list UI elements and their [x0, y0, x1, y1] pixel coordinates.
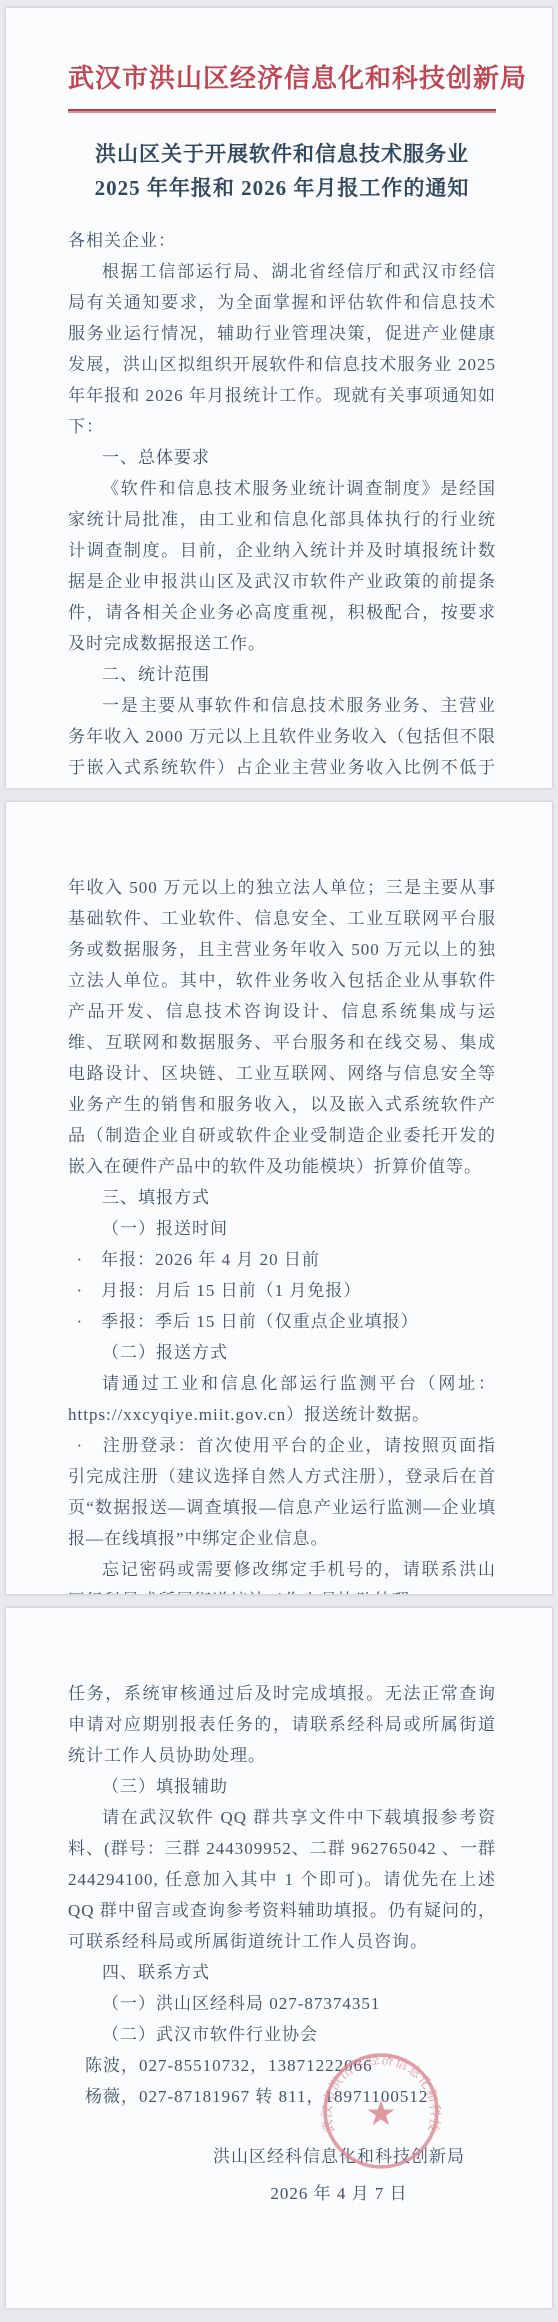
paragraph: 《软件和信息技术服务业统计调查制度》是经国家统计局批准，由工业和信息化部具体执行… [68, 473, 496, 659]
section-heading-3: 三、填报方式 [68, 1182, 496, 1213]
subsection-heading: （二）报送方式 [68, 1337, 496, 1368]
section-heading-4: 四、联系方式 [68, 1957, 496, 1988]
document-title-line1: 洪山区关于开展软件和信息技术服务业 [68, 137, 496, 171]
document-title: 洪山区关于开展软件和信息技术服务业 2025 年年报和 2026 年月报工作的通… [68, 137, 496, 205]
paragraph: 根据工信部运行局、湖北省经信厅和武汉市经信局有关通知要求，为全面掌握和评估软件和… [68, 256, 496, 442]
page-1: 武汉市洪山区经济信息化和科技创新局 洪山区关于开展软件和信息技术服务业 2025… [6, 8, 552, 788]
bullet-item-annual: · 年报：2026 年 4 月 20 日前 [68, 1244, 496, 1275]
subsection-heading: （三）填报辅助 [68, 1771, 496, 1802]
salutation: 各相关企业： [68, 225, 496, 256]
signature-block: 洪山区经科信息化和科技创新局 2026 年 4 月 7 日 [204, 2138, 474, 2212]
paragraph-continuation: 年收入 500 万元以上的独立法人单位；三是主要从事基础软件、工业软件、信息安全… [68, 872, 496, 1182]
contact-association: （二）武汉市软件行业协会 [68, 2019, 496, 2050]
page-2-body: 年收入 500 万元以上的独立法人单位；三是主要从事基础软件、工业软件、信息安全… [68, 872, 496, 1594]
page-3-body: 任务，系统审核通过后及时完成填报。无法正常查询申请对应期别报表任务的，请联系经科… [68, 1678, 496, 2112]
page-3: 任务，系统审核通过后及时完成填报。无法正常查询申请对应期别报表任务的，请联系经科… [6, 1608, 552, 2308]
contact-person-1: 陈波，027-85510732，13871222066 [68, 2050, 496, 2081]
section-heading-1: 一、总体要求 [68, 442, 496, 473]
document-viewer-canvas: 武汉市洪山区经济信息化和科技创新局 洪山区关于开展软件和信息技术服务业 2025… [0, 0, 558, 2308]
signature-date: 2026 年 4 月 7 日 [204, 2175, 474, 2212]
paragraph-platform-url: 请通过工业和信息化部运行监测平台（网址：https://xxcyqiye.mii… [68, 1368, 496, 1430]
paragraph: 一是主要从事软件和信息技术服务业务、主营业务年收入 2000 万元以上且软件业务… [68, 690, 496, 788]
page-2: 年收入 500 万元以上的独立法人单位；三是主要从事基础软件、工业软件、信息安全… [6, 802, 552, 1594]
bullet-item-monthly: · 月报：月后 15 日前（1 月免报） [68, 1275, 496, 1306]
section-heading-2: 二、统计范围 [68, 659, 496, 690]
contact-bureau: （一）洪山区经科局 027-87374351 [68, 1988, 496, 2019]
paragraph-qq-groups: 请在武汉软件 QQ 群共享文件中下载填报参考资料、(群号：三群 24430995… [68, 1802, 496, 1957]
page-1-body: 各相关企业： 根据工信部运行局、湖北省经信厅和武汉市经信局有关通知要求，为全面掌… [68, 225, 496, 788]
subsection-heading: （一）报送时间 [68, 1213, 496, 1244]
bullet-item-quarterly: · 季报：季后 15 日前（仅重点企业填报） [68, 1306, 496, 1337]
contact-person-2: 杨薇，027-87181967 转 811，18971100512 [68, 2081, 496, 2112]
paragraph-password-help: 忘记密码或需要修改绑定手机号的，请联系洪山区经科局或所属街道统计工作人员协助处理… [68, 1554, 496, 1594]
agency-header: 武汉市洪山区经济信息化和科技创新局 [68, 62, 496, 96]
red-header-rule [68, 109, 496, 113]
document-title-line2: 2025 年年报和 2026 年月报工作的通知 [68, 171, 496, 205]
signature-agency: 洪山区经科信息化和科技创新局 [204, 2138, 474, 2175]
paragraph-continuation: 任务，系统审核通过后及时完成填报。无法正常查询申请对应期别报表任务的，请联系经科… [68, 1678, 496, 1771]
bullet-register-login: · 注册登录：首次使用平台的企业，请按照页面指引完成注册（建议选择自然人方式注册… [68, 1430, 496, 1554]
